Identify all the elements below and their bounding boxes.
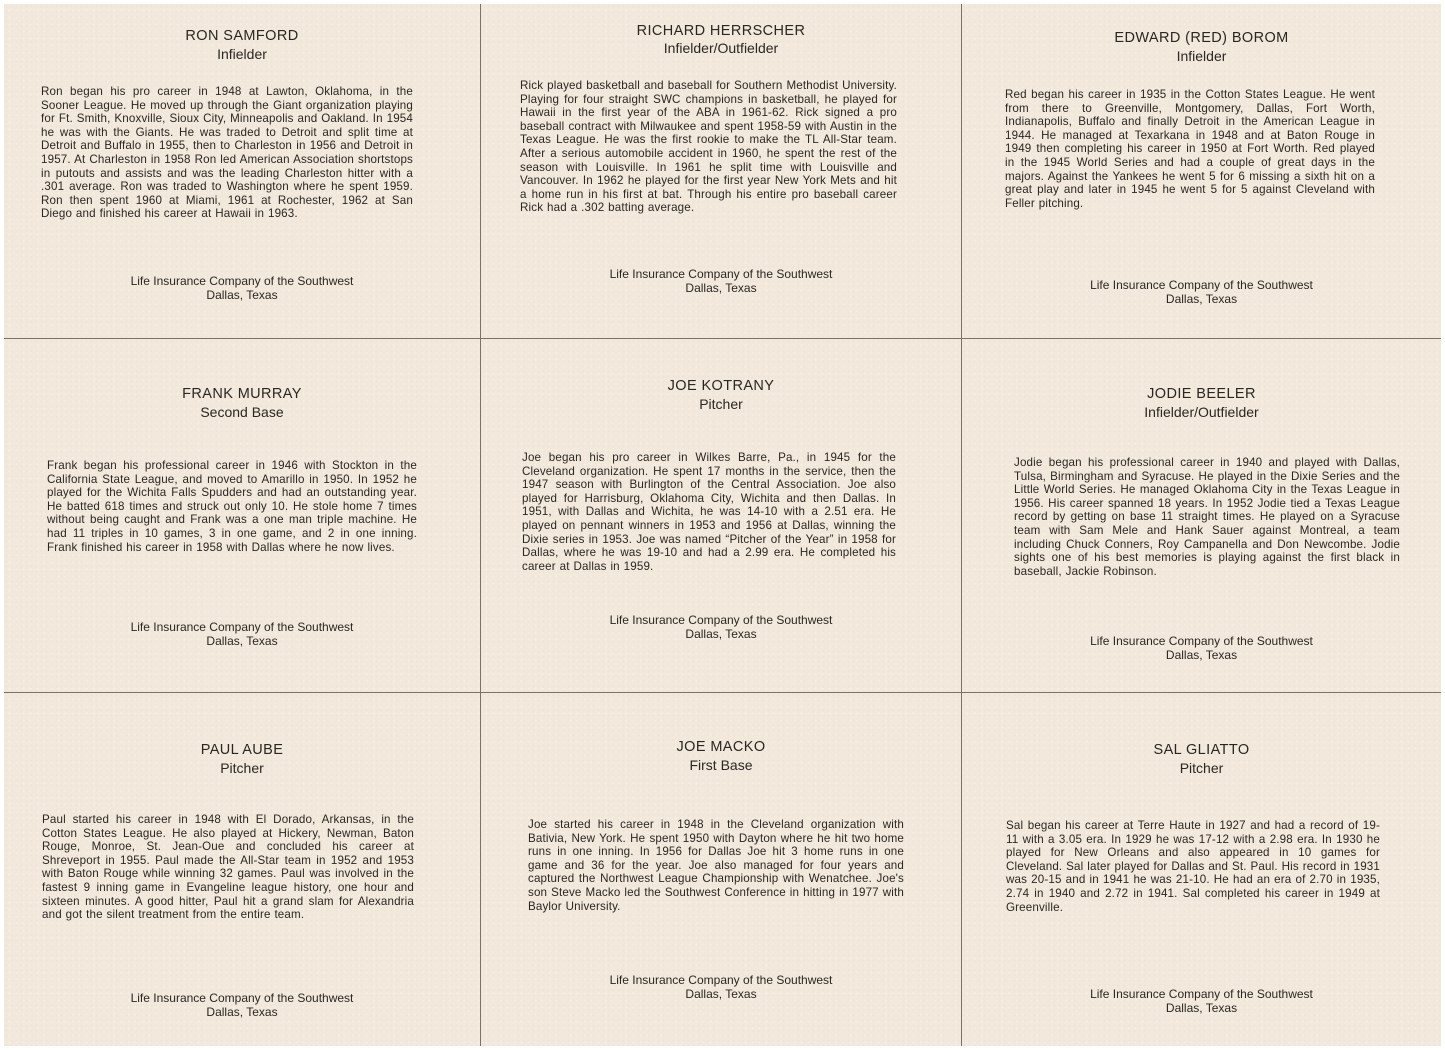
player-name: FRANK MURRAY	[4, 385, 480, 403]
player-position: First Base	[481, 756, 961, 774]
player-name: JOE KOTRANY	[481, 377, 961, 395]
player-position: Second Base	[4, 403, 480, 421]
card-sheet: RON SAMFORD Infielder Ron began his pro …	[4, 4, 1441, 1046]
sponsor-block: Life Insurance Company of the Southwest …	[4, 991, 480, 1019]
player-card-frank-murray: FRANK MURRAY Second Base Frank began his…	[4, 339, 480, 692]
sponsor-location: Dallas, Texas	[4, 288, 480, 302]
player-name: RICHARD HERRSCHER	[481, 22, 961, 40]
player-bio: Rick played basketball and baseball for …	[520, 79, 897, 215]
player-name: RON SAMFORD	[4, 27, 480, 45]
player-bio: Sal began his career at Terre Haute in 1…	[1006, 819, 1380, 914]
player-name: JOE MACKO	[481, 738, 961, 756]
player-bio: Joe started his career in 1948 in the Cl…	[528, 818, 904, 913]
player-card-sal-gliatto: SAL GLIATTO Pitcher Sal began his career…	[962, 693, 1441, 1046]
sponsor-location: Dallas, Texas	[481, 987, 961, 1001]
sponsor-location: Dallas, Texas	[962, 1001, 1441, 1015]
player-card-joe-macko: JOE MACKO First Base Joe started his car…	[481, 693, 961, 1046]
player-card-paul-aube: PAUL AUBE Pitcher Paul started his caree…	[4, 693, 480, 1046]
sponsor-block: Life Insurance Company of the Southwest …	[481, 613, 961, 641]
sponsor-location: Dallas, Texas	[962, 292, 1441, 306]
player-bio: Red began his career in 1935 in the Cott…	[1005, 88, 1375, 210]
player-position: Infielder/Outfielder	[481, 39, 961, 57]
player-position: Pitcher	[481, 395, 961, 413]
sponsor-block: Life Insurance Company of the Southwest …	[962, 634, 1441, 662]
sponsor-location: Dallas, Texas	[962, 648, 1441, 662]
player-name: JODIE BEELER	[962, 385, 1441, 403]
sponsor-block: Life Insurance Company of the Southwest …	[962, 987, 1441, 1015]
player-position: Pitcher	[4, 759, 480, 777]
cut-line-vertical-left	[480, 4, 481, 1046]
player-card-joe-kotrany: JOE KOTRANY Pitcher Joe began his pro ca…	[481, 339, 961, 692]
sponsor-location: Dallas, Texas	[481, 281, 961, 295]
sponsor-company: Life Insurance Company of the Southwest	[4, 620, 480, 634]
sponsor-company: Life Insurance Company of the Southwest	[4, 274, 480, 288]
sponsor-location: Dallas, Texas	[4, 1005, 480, 1019]
cut-line-vertical-right	[961, 4, 962, 1046]
player-bio: Jodie began his professional career in 1…	[1014, 456, 1400, 578]
player-card-jodie-beeler: JODIE BEELER Infielder/Outfielder Jodie …	[962, 339, 1441, 692]
sponsor-company: Life Insurance Company of the Southwest	[4, 991, 480, 1005]
sponsor-company: Life Insurance Company of the Southwest	[962, 987, 1441, 1001]
sponsor-company: Life Insurance Company of the Southwest	[962, 634, 1441, 648]
player-position: Infielder	[4, 45, 480, 63]
sponsor-block: Life Insurance Company of the Southwest …	[4, 274, 480, 302]
player-card-ron-samford: RON SAMFORD Infielder Ron began his pro …	[4, 4, 480, 338]
player-bio: Paul started his career in 1948 with El …	[42, 813, 414, 922]
sponsor-block: Life Insurance Company of the Southwest …	[4, 620, 480, 648]
player-name: EDWARD (RED) BOROM	[962, 29, 1441, 47]
player-position: Pitcher	[962, 759, 1441, 777]
player-position: Infielder/Outfielder	[962, 403, 1441, 421]
cut-line-horizontal-top	[4, 338, 1441, 339]
sponsor-location: Dallas, Texas	[4, 634, 480, 648]
sponsor-company: Life Insurance Company of the Southwest	[481, 267, 961, 281]
sponsor-company: Life Insurance Company of the Southwest	[481, 613, 961, 627]
sponsor-block: Life Insurance Company of the Southwest …	[481, 973, 961, 1001]
cut-line-horizontal-bottom	[4, 692, 1441, 693]
sponsor-block: Life Insurance Company of the Southwest …	[481, 267, 961, 295]
player-card-edward-borom: EDWARD (RED) BOROM Infielder Red began h…	[962, 4, 1441, 338]
player-card-richard-herrscher: RICHARD HERRSCHER Infielder/Outfielder R…	[481, 4, 961, 338]
sponsor-company: Life Insurance Company of the Southwest	[481, 973, 961, 987]
sponsor-location: Dallas, Texas	[481, 627, 961, 641]
player-name: PAUL AUBE	[4, 741, 480, 759]
player-bio: Joe began his pro career in Wilkes Barre…	[522, 451, 896, 573]
player-bio: Ron began his pro career in 1948 at Lawt…	[41, 85, 413, 221]
sponsor-block: Life Insurance Company of the Southwest …	[962, 278, 1441, 306]
player-bio: Frank began his professional career in 1…	[47, 459, 417, 554]
player-name: SAL GLIATTO	[962, 741, 1441, 759]
player-position: Infielder	[962, 47, 1441, 65]
sponsor-company: Life Insurance Company of the Southwest	[962, 278, 1441, 292]
